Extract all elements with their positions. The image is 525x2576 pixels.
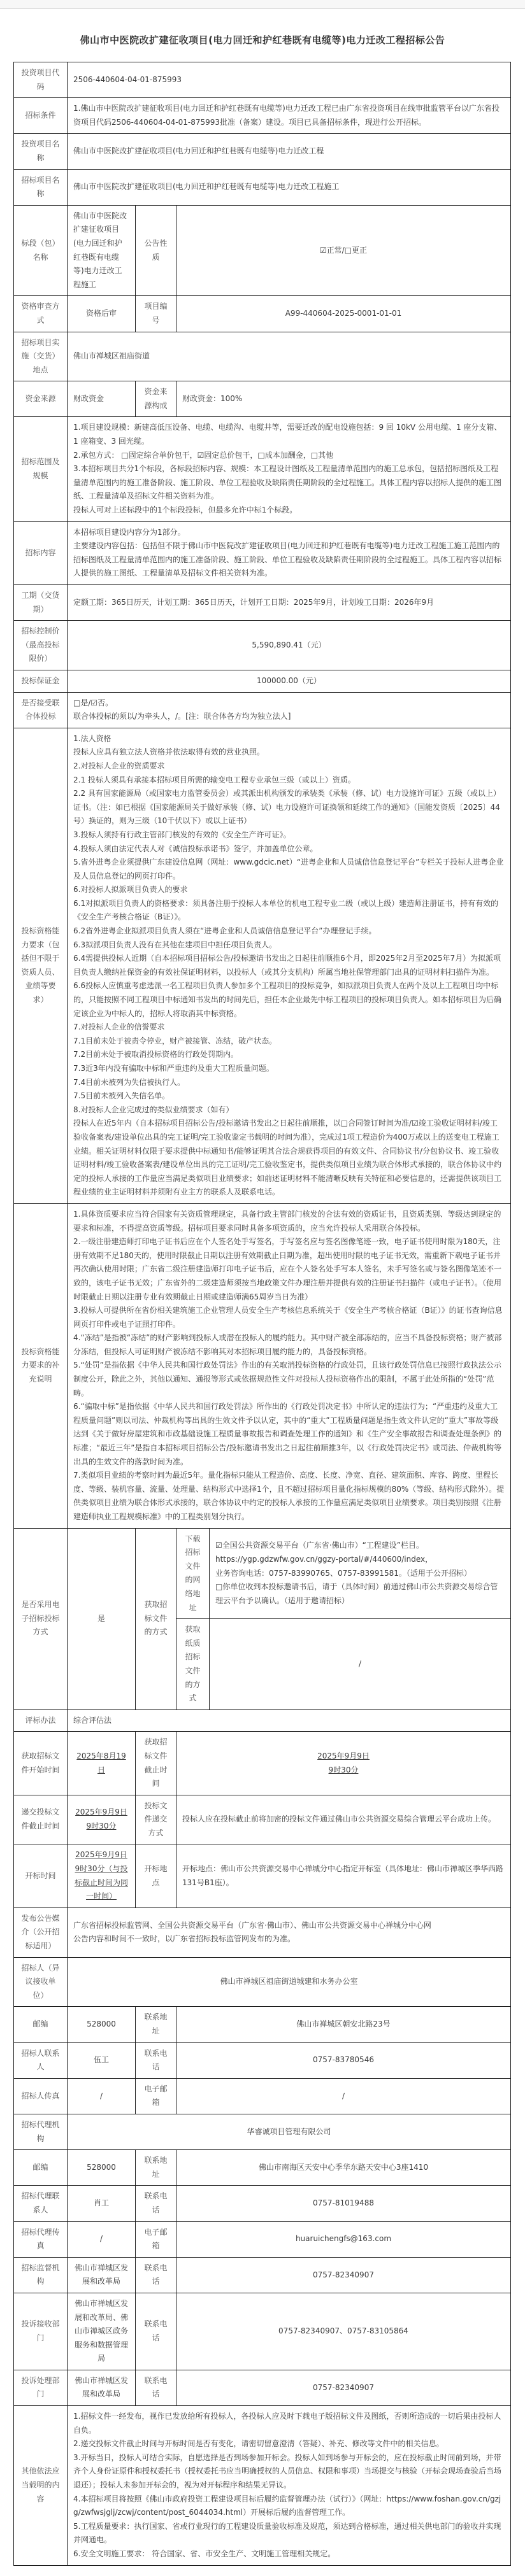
table-row: 投资项目名称 佛山市中医院改扩建征收项目(电力回迁和护红巷既有电缆等)电力迁改工…: [14, 134, 511, 169]
contact1-value: 伍工: [68, 2042, 136, 2078]
funding-label: 资金来源: [14, 381, 68, 417]
location-value: 佛山市禅城区祖庙街道: [68, 332, 511, 381]
qualification-req-label: 投标资格能力要求（包括但不限于资质人员、业绩等要求）: [14, 728, 68, 1203]
agency-label: 招标代理机构: [14, 2114, 68, 2149]
top-strip: [0, 0, 525, 9]
email2-value: huaruichengfs@163.com: [176, 2221, 511, 2257]
page-title: 佛山市中医院改扩建征收项目(电力回迁和护红巷既有电缆等)电力迁改工程招标公告: [13, 33, 512, 46]
complaint-recv-value: 佛山市禅城区发展和改革局、佛山市禅城区政务服务和数据管理局: [68, 2293, 136, 2370]
e-bidding-value: 是: [68, 1528, 136, 1709]
table-row: 招标代理机构 华睿诚项目管理有限公司: [14, 2114, 511, 2149]
qualification-notes-value: 1.具体资质要求应当符合国家有关资质管理规定，具备行政主管部门核发的合法有效的资…: [68, 1203, 511, 1528]
table-row: 投诉接收部门 佛山市禅城区发展和改革局、佛山市禅城区政务服务和数据管理局 联系电…: [14, 2293, 511, 2370]
doc-end-value: 2025年9月9日 9时30分: [176, 1732, 511, 1795]
phone1-value: 0757-83780546: [176, 2042, 511, 2078]
notice-nature-label: 公告性质: [136, 205, 176, 296]
bid-conditions-label: 招标条件: [14, 98, 68, 134]
other-notes-value: 1.招标文件一经发布，视作已发放给所有投标人，各投标人应及时下载电子版招标文件及…: [68, 2406, 511, 2566]
agency-value: 华睿诚项目管理有限公司: [68, 2114, 511, 2149]
table-row: 邮编 528000 联系地址 佛山市南海区天安中心季华东路天安中心3座1410: [14, 2150, 511, 2186]
tenderer-value: 佛山市禅城区祖庙街道城建和水务办公室: [68, 1957, 511, 2007]
project-number-value: A99-440604-2025-0001-01-01: [176, 296, 511, 332]
table-row: 招标项目实施（交货）地点 佛山市禅城区祖庙街道: [14, 332, 511, 381]
table-row: 资格审查方式 资格后审 项目编号 A99-440604-2025-0001-01…: [14, 296, 511, 332]
bid-bond-value: 100000.00（元）: [68, 670, 511, 692]
complaint-handle-label: 投诉处理部门: [14, 2370, 68, 2405]
control-price-label: 招标控制价（最高投标限价）: [14, 621, 68, 670]
table-row: 获取招标文件开始时间 2025年8月19日 获取招标文件截止时间 2025年9月…: [14, 1732, 511, 1795]
submit-method-value: 投标人应在投标截止前将加密的投标文件通过佛山市公共资源交易综合管理云平台成功上传…: [176, 1795, 511, 1844]
table-row: 开标时间 2025年9月9日 9时30分（与投标截止时间为同一时间） 开标地点 …: [14, 1844, 511, 1907]
postcode1-label: 邮编: [14, 2007, 68, 2042]
submit-deadline-value: 2025年9月9日 9时30分: [68, 1795, 136, 1844]
contact2-label: 招标代理联系人: [14, 2186, 68, 2221]
qualification-method-value: 资格后审: [68, 296, 136, 332]
e-bidding-label: 是否采用电子招标投标方式: [14, 1528, 68, 1709]
postcode2-label: 邮编: [14, 2150, 68, 2186]
phone1-label: 联系电话: [136, 2042, 176, 2078]
content-value: 本招标项目建设内容分为1部分。 主要建设内容包括：包括但不限于佛山市中医院改扩建…: [68, 521, 511, 584]
funding-value: 财政资金: [68, 381, 136, 417]
email1-label: 电子邮箱: [136, 2078, 176, 2114]
table-row: 招标监督机构 佛山市禅城区发展和改革局 联系电话 0757-82340907: [14, 2257, 511, 2293]
tender-announcement-page: { "page": { "title": "佛山市中医院改扩建征收项目(电力回迁…: [0, 0, 525, 2576]
bid-conditions-value: 1.佛山市中医院改扩建征收项目(电力回迁和护红巷既有电缆等)电力迁改工程已由广东…: [68, 98, 511, 134]
download-addr-label: 下载招标文件的网络地址: [176, 1528, 210, 1619]
address2-label: 联系地址: [136, 2150, 176, 2186]
investment-code-value: 2506-440604-04-01-875993: [68, 62, 511, 98]
location-label: 招标项目实施（交货）地点: [14, 332, 68, 381]
paper-method-value: /: [210, 1619, 511, 1710]
table-row: 投资项目代码 2506-440604-04-01-875993: [14, 62, 511, 98]
table-row: 资金来源 财政资金 资金来源构成 财政资金：100%: [14, 381, 511, 417]
evaluation-value: 综合评估法: [68, 1709, 511, 1732]
open-place-value: 开标地点：佛山市公共资源交易中心禅城分中心指定开标室（具体地址：佛山市禅城区季华…: [176, 1844, 511, 1907]
duration-label: 工期（交货期）: [14, 585, 68, 621]
table-row: 投标保证金 100000.00（元）: [14, 670, 511, 692]
table-row: 招标控制价（最高投标限价） 5,590,890.41（元）: [14, 621, 511, 670]
complaint-handle-value: 佛山市禅城区发展和改革局: [68, 2370, 136, 2405]
scope-label: 招标范围及规模: [14, 417, 68, 521]
download-addr-value: ☑全国公共资源交易平台（广东省·佛山市）“工程建设”栏目。 https://yg…: [210, 1528, 511, 1619]
table-row: 投标资格能力要求的补充说明 1.具体资质要求应当符合国家有关资质管理规定，具备行…: [14, 1203, 511, 1528]
table-row: 是否采用电子招标投标方式 是 获取招标文件的方式 下载招标文件的网络地址 ☑全国…: [14, 1528, 511, 1619]
address1-label: 联系地址: [136, 2007, 176, 2042]
project-number-label: 项目编号: [136, 296, 176, 332]
table-row: 招标代理联系人 肖工 联系电话 0757-81019488: [14, 2186, 511, 2221]
table-row: 其他依法应当载明的内容 1.招标文件一经发布，视作已发放给所有投标人，各投标人应…: [14, 2406, 511, 2566]
complaint-recv-label: 投诉接收部门: [14, 2293, 68, 2370]
complaint-recv-phone-label: 联系电话: [136, 2293, 176, 2370]
doc-method-label: 获取招标文件的方式: [136, 1528, 176, 1709]
project-name-value: 佛山市中医院改扩建征收项目(电力回迁和护红巷既有电缆等)电力迁改工程施工: [68, 169, 511, 205]
investment-name-label: 投资项目名称: [14, 134, 68, 169]
media-label: 发布公告媒介（公开招标适用）: [14, 1907, 68, 1957]
contact2-value: 肖工: [68, 2186, 136, 2221]
doc-start-label: 获取招标文件开始时间: [14, 1732, 68, 1795]
project-name-label: 招标项目名称: [14, 169, 68, 205]
scope-value: 1.项目建设规模：新建高低压设备、电缆、电缆沟、电缆井等，需要迁改的配电设施包括…: [68, 417, 511, 521]
address1-value: 佛山市禅城区朝安北路23号: [176, 2007, 511, 2042]
table-row: 招标范围及规模 1.项目建设规模：新建高低压设备、电缆、电缆沟、电缆井等，需要迁…: [14, 417, 511, 521]
open-place-label: 开标地点: [136, 1844, 176, 1907]
fax2-value: /: [68, 2221, 136, 2257]
table-row: 递交投标文件截止时间 2025年9月9日 9时30分 投标文件递交方式 投标人应…: [14, 1795, 511, 1844]
tenderer-label: 招标人（异议接收单位）: [14, 1957, 68, 2007]
postcode1-value: 528000: [68, 2007, 136, 2042]
phone2-label: 联系电话: [136, 2186, 176, 2221]
email2-label: 电子邮箱: [136, 2221, 176, 2257]
supervisor-phone-value: 0757-82340907: [176, 2257, 511, 2293]
bid-bond-label: 投标保证金: [14, 670, 68, 692]
announcement-table: 投资项目代码 2506-440604-04-01-875993 招标条件 1.佛…: [13, 62, 511, 2566]
control-price-value: 5,590,890.41（元）: [68, 621, 511, 670]
table-row: 发布公告媒介（公开招标适用） 广东省招标投标监管网、全国公共资源交易平台（广东省…: [14, 1907, 511, 1957]
complaint-recv-phone-value: 0757-82340907、0757-83105864: [176, 2293, 511, 2370]
section-value: 佛山市中医院改扩建征收项目(电力回迁和护红巷既有电缆等)电力迁改工程施工: [68, 205, 136, 296]
fax1-value: /: [68, 2078, 136, 2114]
fax2-label: 招标代理传真: [14, 2221, 68, 2257]
evaluation-label: 评标办法: [14, 1709, 68, 1732]
open-time-value: 2025年9月9日 9时30分（与投标截止时间为同一时间）: [68, 1844, 136, 1907]
table-row: 投标资格能力要求（包括但不限于资质人员、业绩等要求） 1.法人资格 投标人应具有…: [14, 728, 511, 1203]
table-row: 招标项目名称 佛山市中医院改扩建征收项目(电力回迁和护红巷既有电缆等)电力迁改工…: [14, 169, 511, 205]
postcode2-value: 528000: [68, 2150, 136, 2186]
complaint-handle-phone-value: 0757-82340907: [176, 2370, 511, 2405]
table-row: 是否接受联合体投标 □是/☑否。 联合体投标的须以/为牵头人，/。[注：联合体各…: [14, 692, 511, 728]
doc-end-label: 获取招标文件截止时间: [136, 1732, 176, 1795]
table-row: 招标人联系人 伍工 联系电话 0757-83780546: [14, 2042, 511, 2078]
supervisor-phone-label: 联系电话: [136, 2257, 176, 2293]
table-row: 评标办法 综合评估法: [14, 1709, 511, 1732]
doc-start-value: 2025年8月19日: [68, 1732, 136, 1795]
email1-value: /: [176, 2078, 511, 2114]
address2-value: 佛山市南海区天安中心季华东路天安中心3座1410: [176, 2150, 511, 2186]
fax1-label: 招标人传真: [14, 2078, 68, 2114]
table-row: 招标条件 1.佛山市中医院改扩建征收项目(电力回迁和护红巷既有电缆等)电力迁改工…: [14, 98, 511, 134]
table-row: 招标代理传真 / 电子邮箱 huaruichengfs@163.com: [14, 2221, 511, 2257]
consortium-value: □是/☑否。 联合体投标的须以/为牵头人，/。[注：联合体各方均为独立法人]: [68, 692, 511, 728]
qualification-req-value: 1.法人资格 投标人应具有独立法人资格并依法取得有效的营业执照。 2.对投标人企…: [68, 728, 511, 1203]
table-row: 招标人传真 / 电子邮箱 /: [14, 2078, 511, 2114]
submit-method-label: 投标文件递交方式: [136, 1795, 176, 1844]
qualification-notes-label: 投标资格能力要求的补充说明: [14, 1203, 68, 1528]
media-value: 广东省招标投标监管网、全国公共资源交易平台（广东省·佛山市）、佛山市公共资源交易…: [68, 1907, 511, 1957]
open-time-label: 开标时间: [14, 1844, 68, 1907]
contact1-label: 招标人联系人: [14, 2042, 68, 2078]
table-row: 招标人（异议接收单位） 佛山市禅城区祖庙街道城建和水务办公室: [14, 1957, 511, 2007]
supervisor-value: 佛山市禅城区发展和改革局: [68, 2257, 136, 2293]
other-notes-label: 其他依法应当载明的内容: [14, 2406, 68, 2566]
table-row: 标段（包）名称 佛山市中医院改扩建征收项目(电力回迁和护红巷既有电缆等)电力迁改…: [14, 205, 511, 296]
submit-deadline-label: 递交投标文件截止时间: [14, 1795, 68, 1844]
notice-nature-value: ☑正常/□更正: [176, 205, 511, 296]
investment-name-value: 佛山市中医院改扩建征收项目(电力回迁和护红巷既有电缆等)电力迁改工程: [68, 134, 511, 169]
paper-method-label: 获取纸质招标文件的方式: [176, 1619, 210, 1710]
table-row: 工期（交货期） 定额工期：365日历天，计划工期：365日历天，计划开工日期：2…: [14, 585, 511, 621]
funding-mix-label: 资金来源构成: [136, 381, 176, 417]
investment-code-label: 投资项目代码: [14, 62, 68, 98]
phone2-value: 0757-81019488: [176, 2186, 511, 2221]
table-row: 招标内容 本招标项目建设内容分为1部分。 主要建设内容包括：包括但不限于佛山市中…: [14, 521, 511, 584]
section-label: 标段（包）名称: [14, 205, 68, 296]
qualification-method-label: 资格审查方式: [14, 296, 68, 332]
content-label: 招标内容: [14, 521, 68, 584]
supervisor-label: 招标监督机构: [14, 2257, 68, 2293]
table-row: 投诉处理部门 佛山市禅城区发展和改革局 联系电话 0757-82340907: [14, 2370, 511, 2405]
consortium-label: 是否接受联合体投标: [14, 692, 68, 728]
duration-value: 定额工期：365日历天，计划工期：365日历天，计划开工日期：2025年9月，计…: [68, 585, 511, 621]
table-row: 邮编 528000 联系地址 佛山市禅城区朝安北路23号: [14, 2007, 511, 2042]
funding-mix-value: 财政资金：100%: [176, 381, 511, 417]
complaint-handle-phone-label: 联系电话: [136, 2370, 176, 2405]
